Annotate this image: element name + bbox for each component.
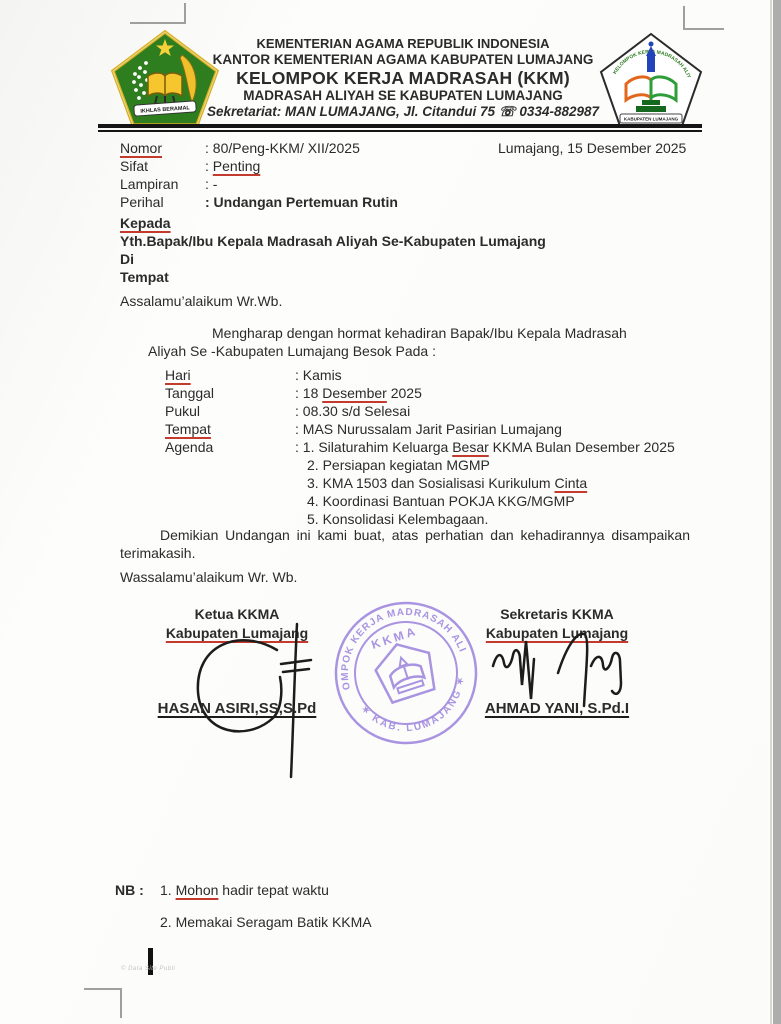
meta-perihal-label: Perihal [120,194,205,210]
detail-tempat-value: : MAS Nurussalam Jarit Pasirian Lumajang [295,421,562,437]
detail-agenda-label: Agenda [165,439,285,455]
closing-line1: Demikian Undangan ini kami buat, atas pe… [160,527,690,543]
detail-hari-value: : Kamis [295,367,342,383]
meta-sifat-value: : Penting [205,158,260,174]
kkma-stamp: KELOMPOK KERJA MADRASAH ALIYAH ✶ KAB. LU… [331,598,481,748]
detail-tanggal-label: Tanggal [165,385,285,401]
watermark-text: © Data Site Publi [121,966,175,972]
detail-tanggal-value: : 18 Desember 2025 [295,385,422,401]
letterhead-line2: KANTOR KEMENTERIAN AGAMA KABUPATEN LUMAJ… [208,52,598,67]
recipient-kepada: Kepada [120,215,171,231]
kkm-ma-logo-icon: KELOMPOK KERJA MADRASAH ALIYAH KABUPATEN… [598,32,704,130]
detail-tempat-label: Tempat [165,421,211,437]
letterhead-line1: KEMENTERIAN AGAMA REPUBLIK INDONESIA [218,36,588,51]
meta-sifat-label: Sifat [120,158,205,174]
agenda-item-2: 2. Persiapan kegiatan MGMP [307,457,490,473]
photo-edge-band [773,0,781,1024]
signatory-left-name: HASAN ASIRI,SS,S.Pd [158,700,317,717]
crop-mark-bottom-left [84,988,122,1018]
kabupaten-banner: KABUPATEN LUMAJANG [620,114,682,123]
detail-pukul-label: Pukul [165,403,285,419]
meta-date: Lumajang, 15 Desember 2025 [498,140,686,156]
agenda-item-1: : 1. Silaturahim Keluarga Besar KKMA Bul… [295,439,675,455]
agenda-item-3: 3. KMA 1503 dan Sosialisasi Kurikulum Ci… [307,475,587,491]
crop-mark-top-left [130,3,186,24]
nb-item-1: 1. Mohon hadir tepat waktu [160,882,329,898]
meta-nomor-label: Nomor [120,140,162,156]
nb-item-2: 2. Memakai Seragam Batik KKMA [160,914,372,930]
svg-text:KABUPATEN LUMAJANG: KABUPATEN LUMAJANG [624,117,679,122]
closing-line2: terimakasih. [120,545,195,561]
detail-hari-label: Hari [165,367,191,383]
letterhead-line3: KELOMPOK KERJA MADRASAH (KKM) [208,68,598,89]
body-para1-line1: Mengharap dengan hormat kehadiran Bapak/… [212,325,627,341]
letterhead-secretariat: Sekretariat: MAN LUMAJANG, Jl. Citandui … [198,104,608,120]
recipient-tempat: Tempat [120,269,169,285]
greeting-close: Wassalamu’alaikum Wr. Wb. [120,569,297,585]
meta-nomor-value: : 80/Peng-KKM/ XII/2025 [205,140,360,156]
agenda-item-5: 5. Konsolidasi Kelembagaan. [307,511,488,527]
signatory-right-name: AHMAD YANI, S.Pd.I [485,700,629,717]
header-rule-bottom [98,130,702,133]
greeting-open: Assalamu’alaikum Wr.Wb. [120,293,282,309]
nb-label: NB : [115,882,144,898]
meta-perihal-value: : Undangan Pertemuan Rutin [205,194,398,210]
book-shape [626,77,676,100]
detail-pukul-value: : 08.30 s/d Selesai [295,403,410,419]
meta-lampiran-label: Lampiran [120,176,205,192]
scanned-letter-page: { "header": { "line1": "KEMENTERIAN AGAM… [0,0,781,1024]
recipient-line1: Yth.Bapak/Ibu Kepala Madrasah Aliyah Se-… [120,233,546,249]
photo-edge-highlight [770,0,772,1024]
meta-lampiran-value: : - [205,176,217,192]
crop-mark-top-right [683,6,724,30]
header-rule-top [98,124,702,128]
letterhead-line4: MADRASAH ALIYAH SE KABUPATEN LUMAJANG [208,88,598,103]
agenda-item-4: 4. Koordinasi Bantuan POKJA KKG/MGMP [307,493,575,509]
body-para1-line2: Aliyah Se -Kabupaten Lumajang Besok Pada… [148,343,436,359]
letterhead: IKHLAS BERAMAL KEMENTERIAN AGAMA REPUBLI… [98,28,702,128]
recipient-di: Di [120,251,134,267]
